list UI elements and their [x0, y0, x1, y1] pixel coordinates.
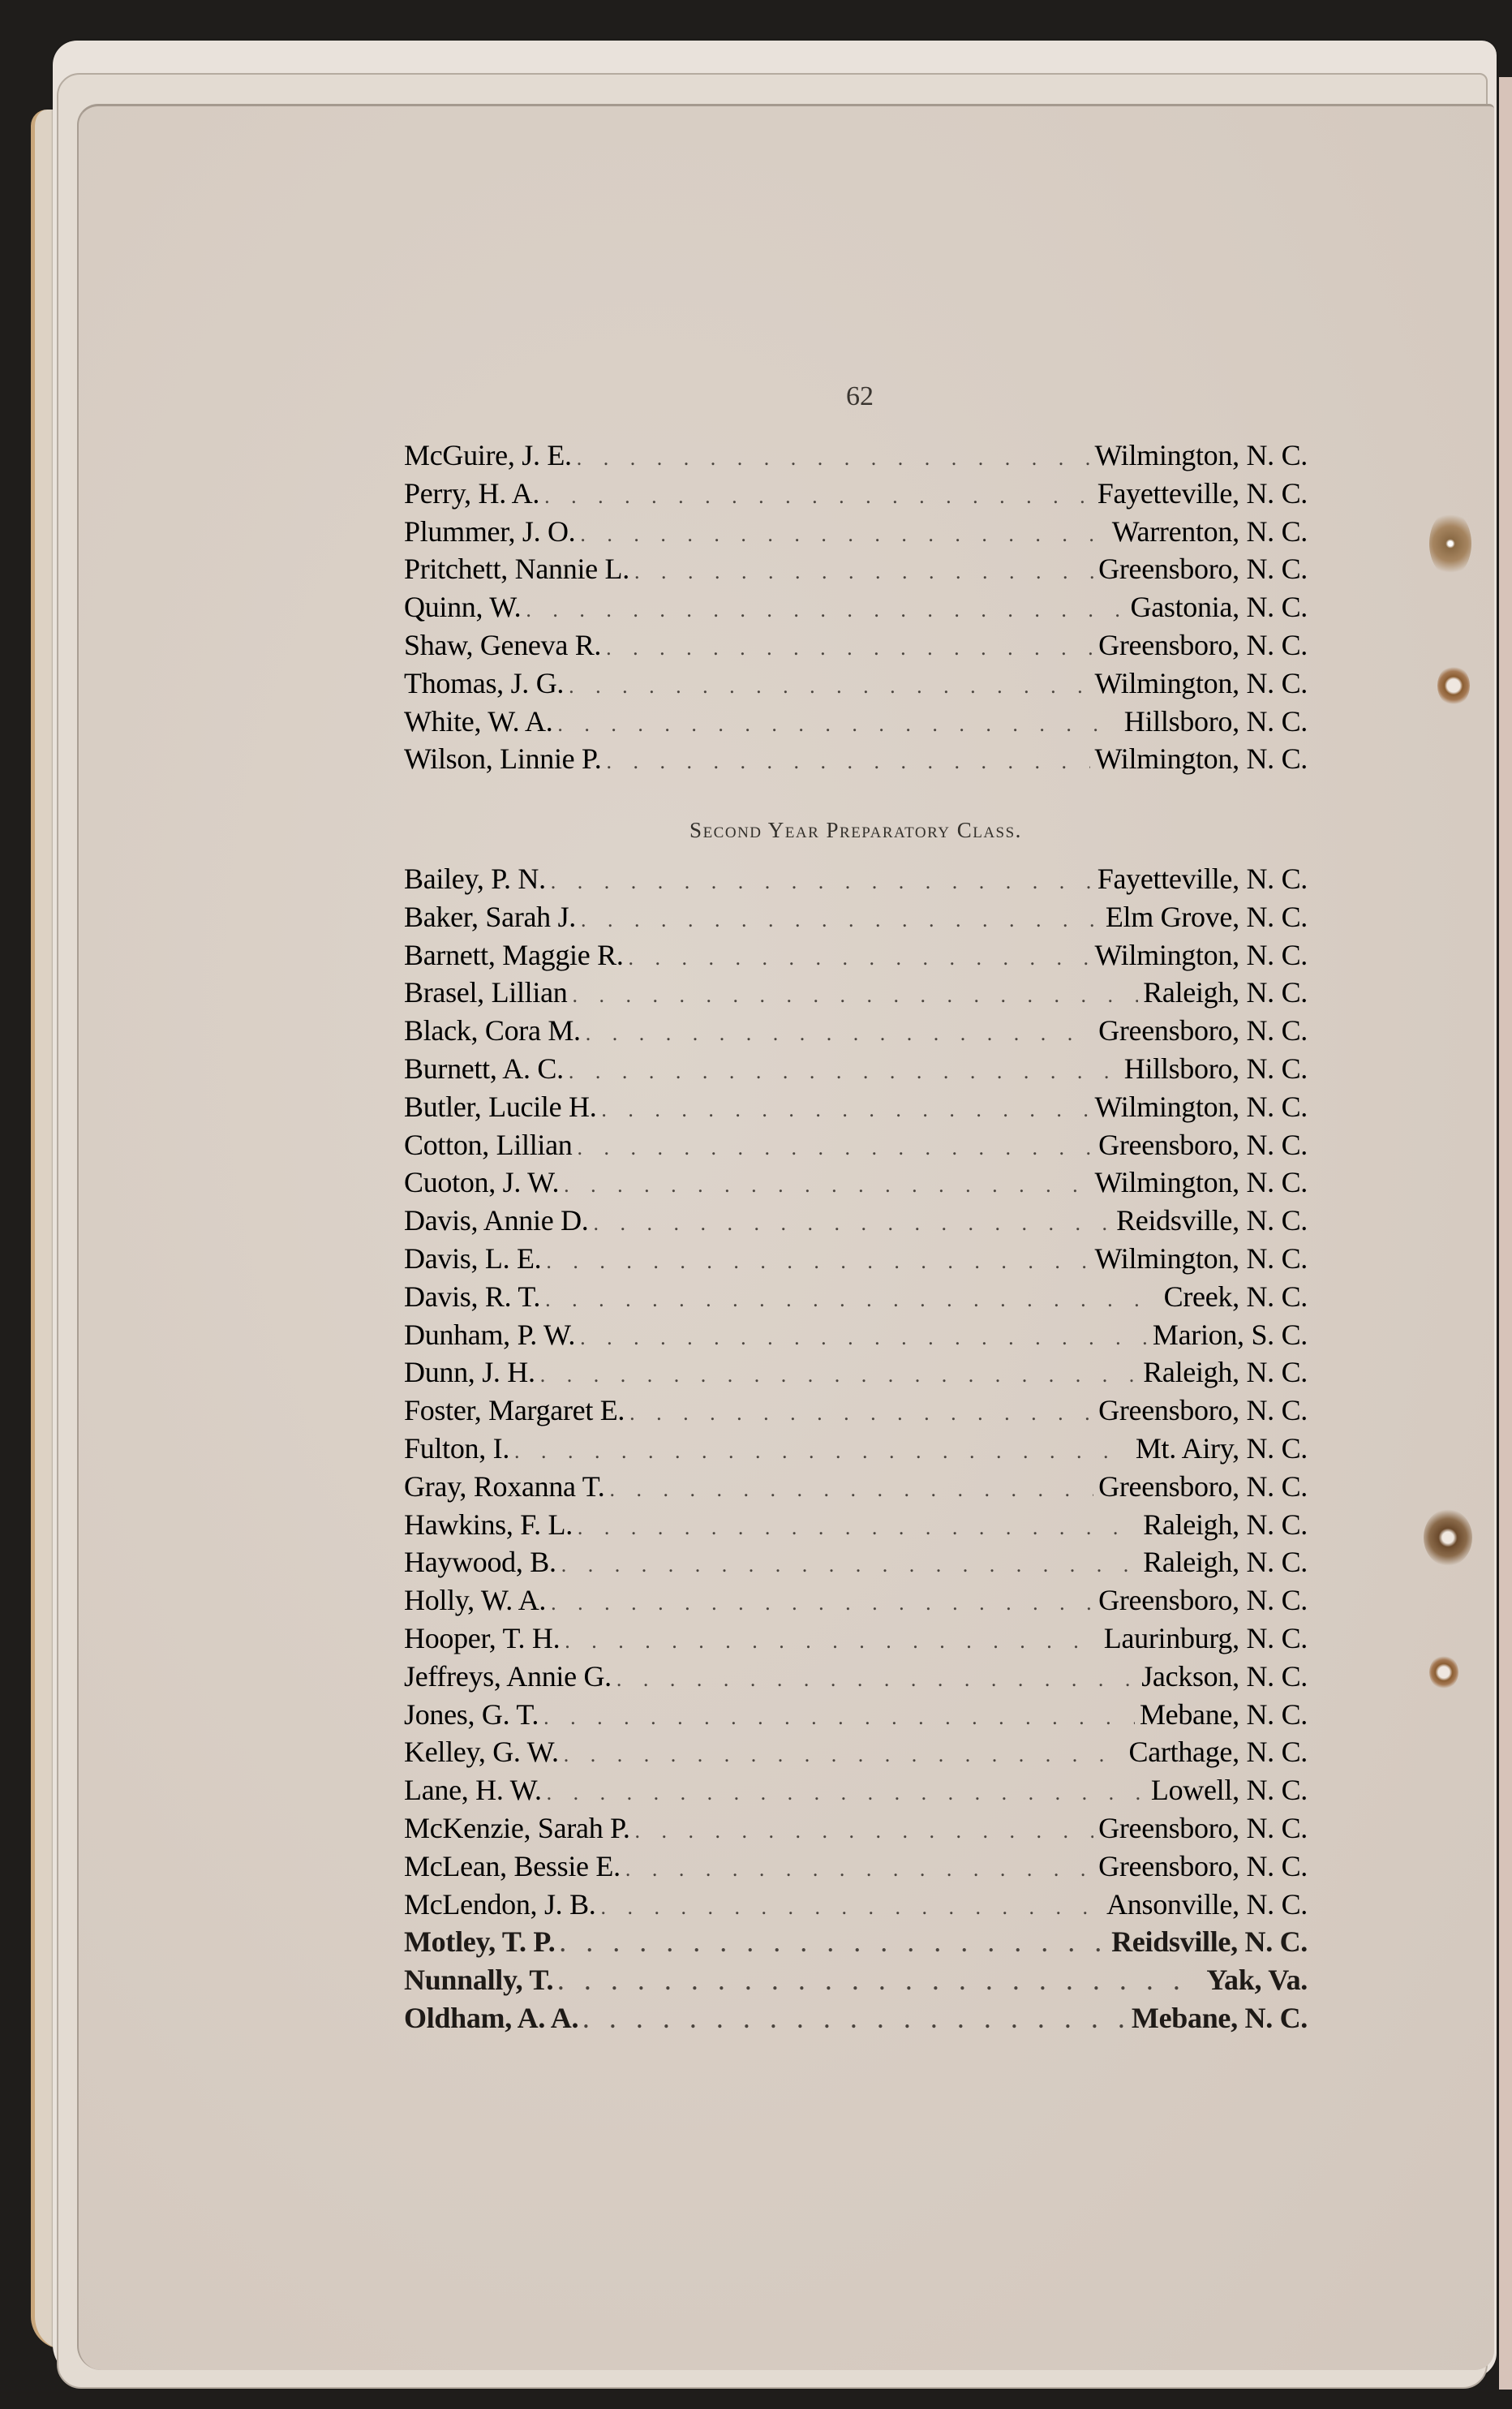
hometown: Greensboro, N. C.: [1098, 550, 1308, 588]
hometown: Gastonia, N. C.: [1131, 588, 1308, 626]
dot-leader: [634, 553, 1093, 588]
list-item: Kelley, G. W.Carthage, N. C.: [404, 1733, 1308, 1771]
student-name: Davis, Annie D.: [404, 1202, 588, 1240]
stain-mark: [1429, 1655, 1458, 1689]
dot-leader: [564, 1167, 1089, 1202]
list-item: Davis, Annie D.Reidsville, N. C.: [404, 1202, 1308, 1240]
list-item: Shaw, Geneva R.Greensboro, N. C.: [404, 626, 1308, 665]
hometown: Jackson, N. C.: [1141, 1658, 1308, 1696]
list-item: Baker, Sarah J.Elm Grove, N. C.: [404, 898, 1308, 936]
hometown: Greensboro, N. C.: [1098, 1392, 1308, 1430]
dot-leader: [606, 630, 1093, 665]
dot-leader: [569, 668, 1089, 703]
student-name: Davis, L. E.: [404, 1240, 541, 1278]
list-item: Lane, H. W.Lowell, N. C.: [404, 1771, 1308, 1809]
dot-leader: [578, 1129, 1094, 1164]
list-item: Plummer, J. O.Warrenton, N. C.: [404, 513, 1308, 551]
dot-leader: [540, 1357, 1138, 1392]
page-number: 62: [835, 381, 884, 412]
dot-leader: [601, 1091, 1089, 1126]
list-item: Jeffreys, Annie G.Jackson, N. C.: [404, 1658, 1308, 1696]
list-item: Dunham, P. W.Marion, S. C.: [404, 1316, 1308, 1354]
student-name: Holly, W. A.: [404, 1581, 546, 1620]
hometown: Laurinburg, N. C.: [1104, 1620, 1308, 1658]
section-heading: Second Year Preparatory Class.: [404, 818, 1308, 843]
hometown: Elm Grove, N. C.: [1106, 898, 1308, 936]
student-name: Cotton, Lillian: [404, 1126, 573, 1164]
list-item: Thomas, J. G.Wilmington, N. C.: [404, 665, 1308, 703]
student-name: Dunn, J. H.: [404, 1353, 535, 1392]
student-name: Gray, Roxanna T.: [404, 1468, 604, 1506]
hometown: Raleigh, N. C.: [1143, 1353, 1308, 1392]
hometown: Wilmington, N. C.: [1095, 437, 1308, 475]
dot-leader: [578, 1509, 1138, 1544]
student-name: Quinn, W.: [404, 588, 521, 626]
dot-leader: [606, 743, 1089, 778]
dot-leader: [544, 478, 1093, 513]
list-item: Oldham, A. A.Mebane, N. C.: [404, 1999, 1308, 2037]
list-item: Wilson, Linnie P.Wilmington, N. C.: [404, 740, 1308, 778]
hometown: Greensboro, N. C.: [1098, 1012, 1308, 1050]
dot-leader: [629, 1395, 1093, 1430]
student-name: Nunnally, T.: [404, 1961, 553, 1999]
dot-leader: [586, 1015, 1093, 1050]
dot-leader: [600, 1889, 1102, 1924]
student-name: Shaw, Geneva R.: [404, 626, 601, 665]
list-item: McLean, Bessie E.Greensboro, N. C.: [404, 1848, 1308, 1886]
dot-leader: [545, 1281, 1159, 1316]
hometown: Greensboro, N. C.: [1098, 1468, 1308, 1506]
hometown: Wilmington, N. C.: [1095, 1240, 1308, 1278]
dot-leader: [551, 863, 1093, 898]
dot-leader: [565, 1623, 1098, 1658]
dot-leader: [581, 901, 1101, 936]
list-item: Barnett, Maggie R.Wilmington, N. C.: [404, 936, 1308, 974]
hometown: Fayetteville, N. C.: [1097, 860, 1308, 898]
dot-leader: [609, 1471, 1093, 1506]
hometown: Creek, N. C.: [1164, 1278, 1308, 1316]
dot-leader: [551, 1585, 1093, 1620]
student-name: McLean, Bessie E.: [404, 1848, 621, 1886]
hometown: Wilmington, N. C.: [1095, 665, 1308, 703]
list-item: McKenzie, Sarah P.Greensboro, N. C.: [404, 1809, 1308, 1848]
hometown: Greensboro, N. C.: [1098, 1848, 1308, 1886]
list-item: Nunnally, T.Yak, Va.: [404, 1961, 1308, 1999]
dot-leader: [593, 1205, 1111, 1240]
student-name: Hawkins, F. L.: [404, 1506, 573, 1544]
dot-leader: [543, 1699, 1135, 1734]
student-name: Pritchett, Nannie L.: [404, 550, 629, 588]
student-name: Barnett, Maggie R.: [404, 936, 624, 974]
student-name: Oldham, A. A.: [404, 1999, 578, 2037]
dot-leader: [616, 1661, 1136, 1696]
student-name: Davis, R. T.: [404, 1278, 540, 1316]
list-item: Haywood, B.Raleigh, N. C.: [404, 1543, 1308, 1581]
list-item: Dunn, J. H.Raleigh, N. C.: [404, 1353, 1308, 1392]
student-name: Kelley, G. W.: [404, 1733, 559, 1771]
facing-page-edge: [1499, 77, 1512, 2390]
dot-leader: [564, 1736, 1124, 1771]
student-name: Haywood, B.: [404, 1543, 556, 1581]
continued-student-list: McGuire, J. E.Wilmington, N. C.Perry, H.…: [404, 437, 1308, 778]
hometown: Wilmington, N. C.: [1095, 936, 1308, 974]
student-name: Fulton, I.: [404, 1430, 509, 1468]
stain-mark: [1429, 511, 1471, 576]
hometown: Mt. Airy, N. C.: [1136, 1430, 1308, 1468]
student-name: Perry, H. A.: [404, 475, 539, 513]
hometown: Hillsboro, N. C.: [1124, 703, 1308, 741]
hometown: Greensboro, N. C.: [1098, 1126, 1308, 1164]
list-item: White, W. A.Hillsboro, N. C.: [404, 703, 1308, 741]
student-name: Hooper, T. H.: [404, 1620, 560, 1658]
dot-leader: [561, 1546, 1139, 1581]
list-item: Black, Cora M.Greensboro, N. C.: [404, 1012, 1308, 1050]
hometown: Greensboro, N. C.: [1098, 1581, 1308, 1620]
hometown: Greensboro, N. C.: [1098, 1809, 1308, 1848]
hometown: Reidsville, N. C.: [1116, 1202, 1308, 1240]
student-name: McGuire, J. E.: [404, 437, 572, 475]
list-item: Pritchett, Nannie L.Greensboro, N. C.: [404, 550, 1308, 588]
hometown: Yak, Va.: [1206, 1961, 1308, 1999]
dot-leader: [557, 706, 1119, 741]
list-item: Motley, T. P.Reidsville, N. C.: [404, 1923, 1308, 1961]
list-item: Quinn, W.Gastonia, N. C.: [404, 588, 1308, 626]
list-item: Butler, Lucile H.Wilmington, N. C.: [404, 1088, 1308, 1126]
student-name: Jones, G. T.: [404, 1696, 539, 1734]
list-item: Cotton, LillianGreensboro, N. C.: [404, 1126, 1308, 1164]
student-name: McKenzie, Sarah P.: [404, 1809, 630, 1848]
dot-leader: [569, 1053, 1119, 1088]
hometown: Carthage, N. C.: [1129, 1733, 1308, 1771]
second-year-preparatory-list: Bailey, P. N.Fayetteville, N. C.Baker, S…: [404, 860, 1308, 2037]
dot-leader: [526, 591, 1125, 626]
list-item: Foster, Margaret E.Greensboro, N. C.: [404, 1392, 1308, 1430]
hometown: Fayetteville, N. C.: [1097, 475, 1308, 513]
dot-leader: [560, 1926, 1106, 1961]
dot-leader: [583, 2002, 1127, 2037]
dot-leader: [546, 1243, 1089, 1278]
list-item: Holly, W. A.Greensboro, N. C.: [404, 1581, 1308, 1620]
student-name: McLendon, J. B.: [404, 1886, 595, 1924]
hometown: Wilmington, N. C.: [1095, 1088, 1308, 1126]
hometown: Wilmington, N. C.: [1095, 740, 1308, 778]
list-item: Hooper, T. H.Laurinburg, N. C.: [404, 1620, 1308, 1658]
hometown: Mebane, N. C.: [1140, 1696, 1308, 1734]
student-name: Lane, H. W.: [404, 1771, 542, 1809]
dot-leader: [577, 440, 1090, 475]
student-name: Thomas, J. G.: [404, 665, 564, 703]
list-item: Perry, H. A.Fayetteville, N. C.: [404, 475, 1308, 513]
hometown: Lowell, N. C.: [1151, 1771, 1308, 1809]
student-name: Motley, T. P.: [404, 1923, 555, 1961]
list-item: Davis, L. E.Wilmington, N. C.: [404, 1240, 1308, 1278]
dot-leader: [625, 1851, 1093, 1886]
hometown: Hillsboro, N. C.: [1124, 1050, 1308, 1088]
dot-leader: [572, 977, 1138, 1012]
hometown: Reidsville, N. C.: [1111, 1923, 1308, 1961]
dot-leader: [629, 940, 1090, 974]
student-name: Butler, Lucile H.: [404, 1088, 596, 1126]
student-name: Plummer, J. O.: [404, 513, 575, 551]
list-item: Brasel, LillianRaleigh, N. C.: [404, 974, 1308, 1012]
list-item: Davis, R. T.Creek, N. C.: [404, 1278, 1308, 1316]
list-item: Bailey, P. N.Fayetteville, N. C.: [404, 860, 1308, 898]
dot-leader: [580, 516, 1106, 551]
hometown: Raleigh, N. C.: [1143, 1543, 1308, 1581]
hometown: Warrenton, N. C.: [1112, 513, 1308, 551]
list-item: Jones, G. T.Mebane, N. C.: [404, 1696, 1308, 1734]
student-name: Brasel, Lillian: [404, 974, 567, 1012]
student-name: Foster, Margaret E.: [404, 1392, 625, 1430]
list-item: Gray, Roxanna T.Greensboro, N. C.: [404, 1468, 1308, 1506]
stain-mark: [1424, 1509, 1472, 1566]
dot-leader: [547, 1774, 1146, 1809]
dot-leader: [514, 1433, 1131, 1468]
list-item: Cuoton, J. W.Wilmington, N. C.: [404, 1164, 1308, 1202]
hometown: Wilmington, N. C.: [1095, 1164, 1308, 1202]
list-item: Fulton, I.Mt. Airy, N. C.: [404, 1430, 1308, 1468]
stain-mark: [1437, 665, 1470, 706]
student-name: Wilson, Linnie P.: [404, 740, 601, 778]
hometown: Ansonville, N. C.: [1106, 1886, 1308, 1924]
student-name: Cuoton, J. W.: [404, 1164, 559, 1202]
student-name: White, W. A.: [404, 703, 552, 741]
list-item: Burnett, A. C.Hillsboro, N. C.: [404, 1050, 1308, 1088]
list-item: McGuire, J. E.Wilmington, N. C.: [404, 437, 1308, 475]
student-name: Baker, Sarah J.: [404, 898, 576, 936]
student-name: Bailey, P. N.: [404, 860, 546, 898]
hometown: Marion, S. C.: [1153, 1316, 1308, 1354]
hometown: Mebane, N. C.: [1132, 1999, 1308, 2037]
hometown: Raleigh, N. C.: [1143, 974, 1308, 1012]
student-name: Jeffreys, Annie G.: [404, 1658, 612, 1696]
student-name: Dunham, P. W.: [404, 1316, 575, 1354]
hometown: Raleigh, N. C.: [1143, 1506, 1308, 1544]
student-name: Burnett, A. C.: [404, 1050, 564, 1088]
dot-leader: [558, 1964, 1201, 1999]
hometown: Greensboro, N. C.: [1098, 626, 1308, 665]
list-item: McLendon, J. B.Ansonville, N. C.: [404, 1886, 1308, 1924]
dot-leader: [635, 1813, 1094, 1848]
list-item: Hawkins, F. L.Raleigh, N. C.: [404, 1506, 1308, 1544]
dot-leader: [580, 1319, 1148, 1354]
student-name: Black, Cora M.: [404, 1012, 581, 1050]
